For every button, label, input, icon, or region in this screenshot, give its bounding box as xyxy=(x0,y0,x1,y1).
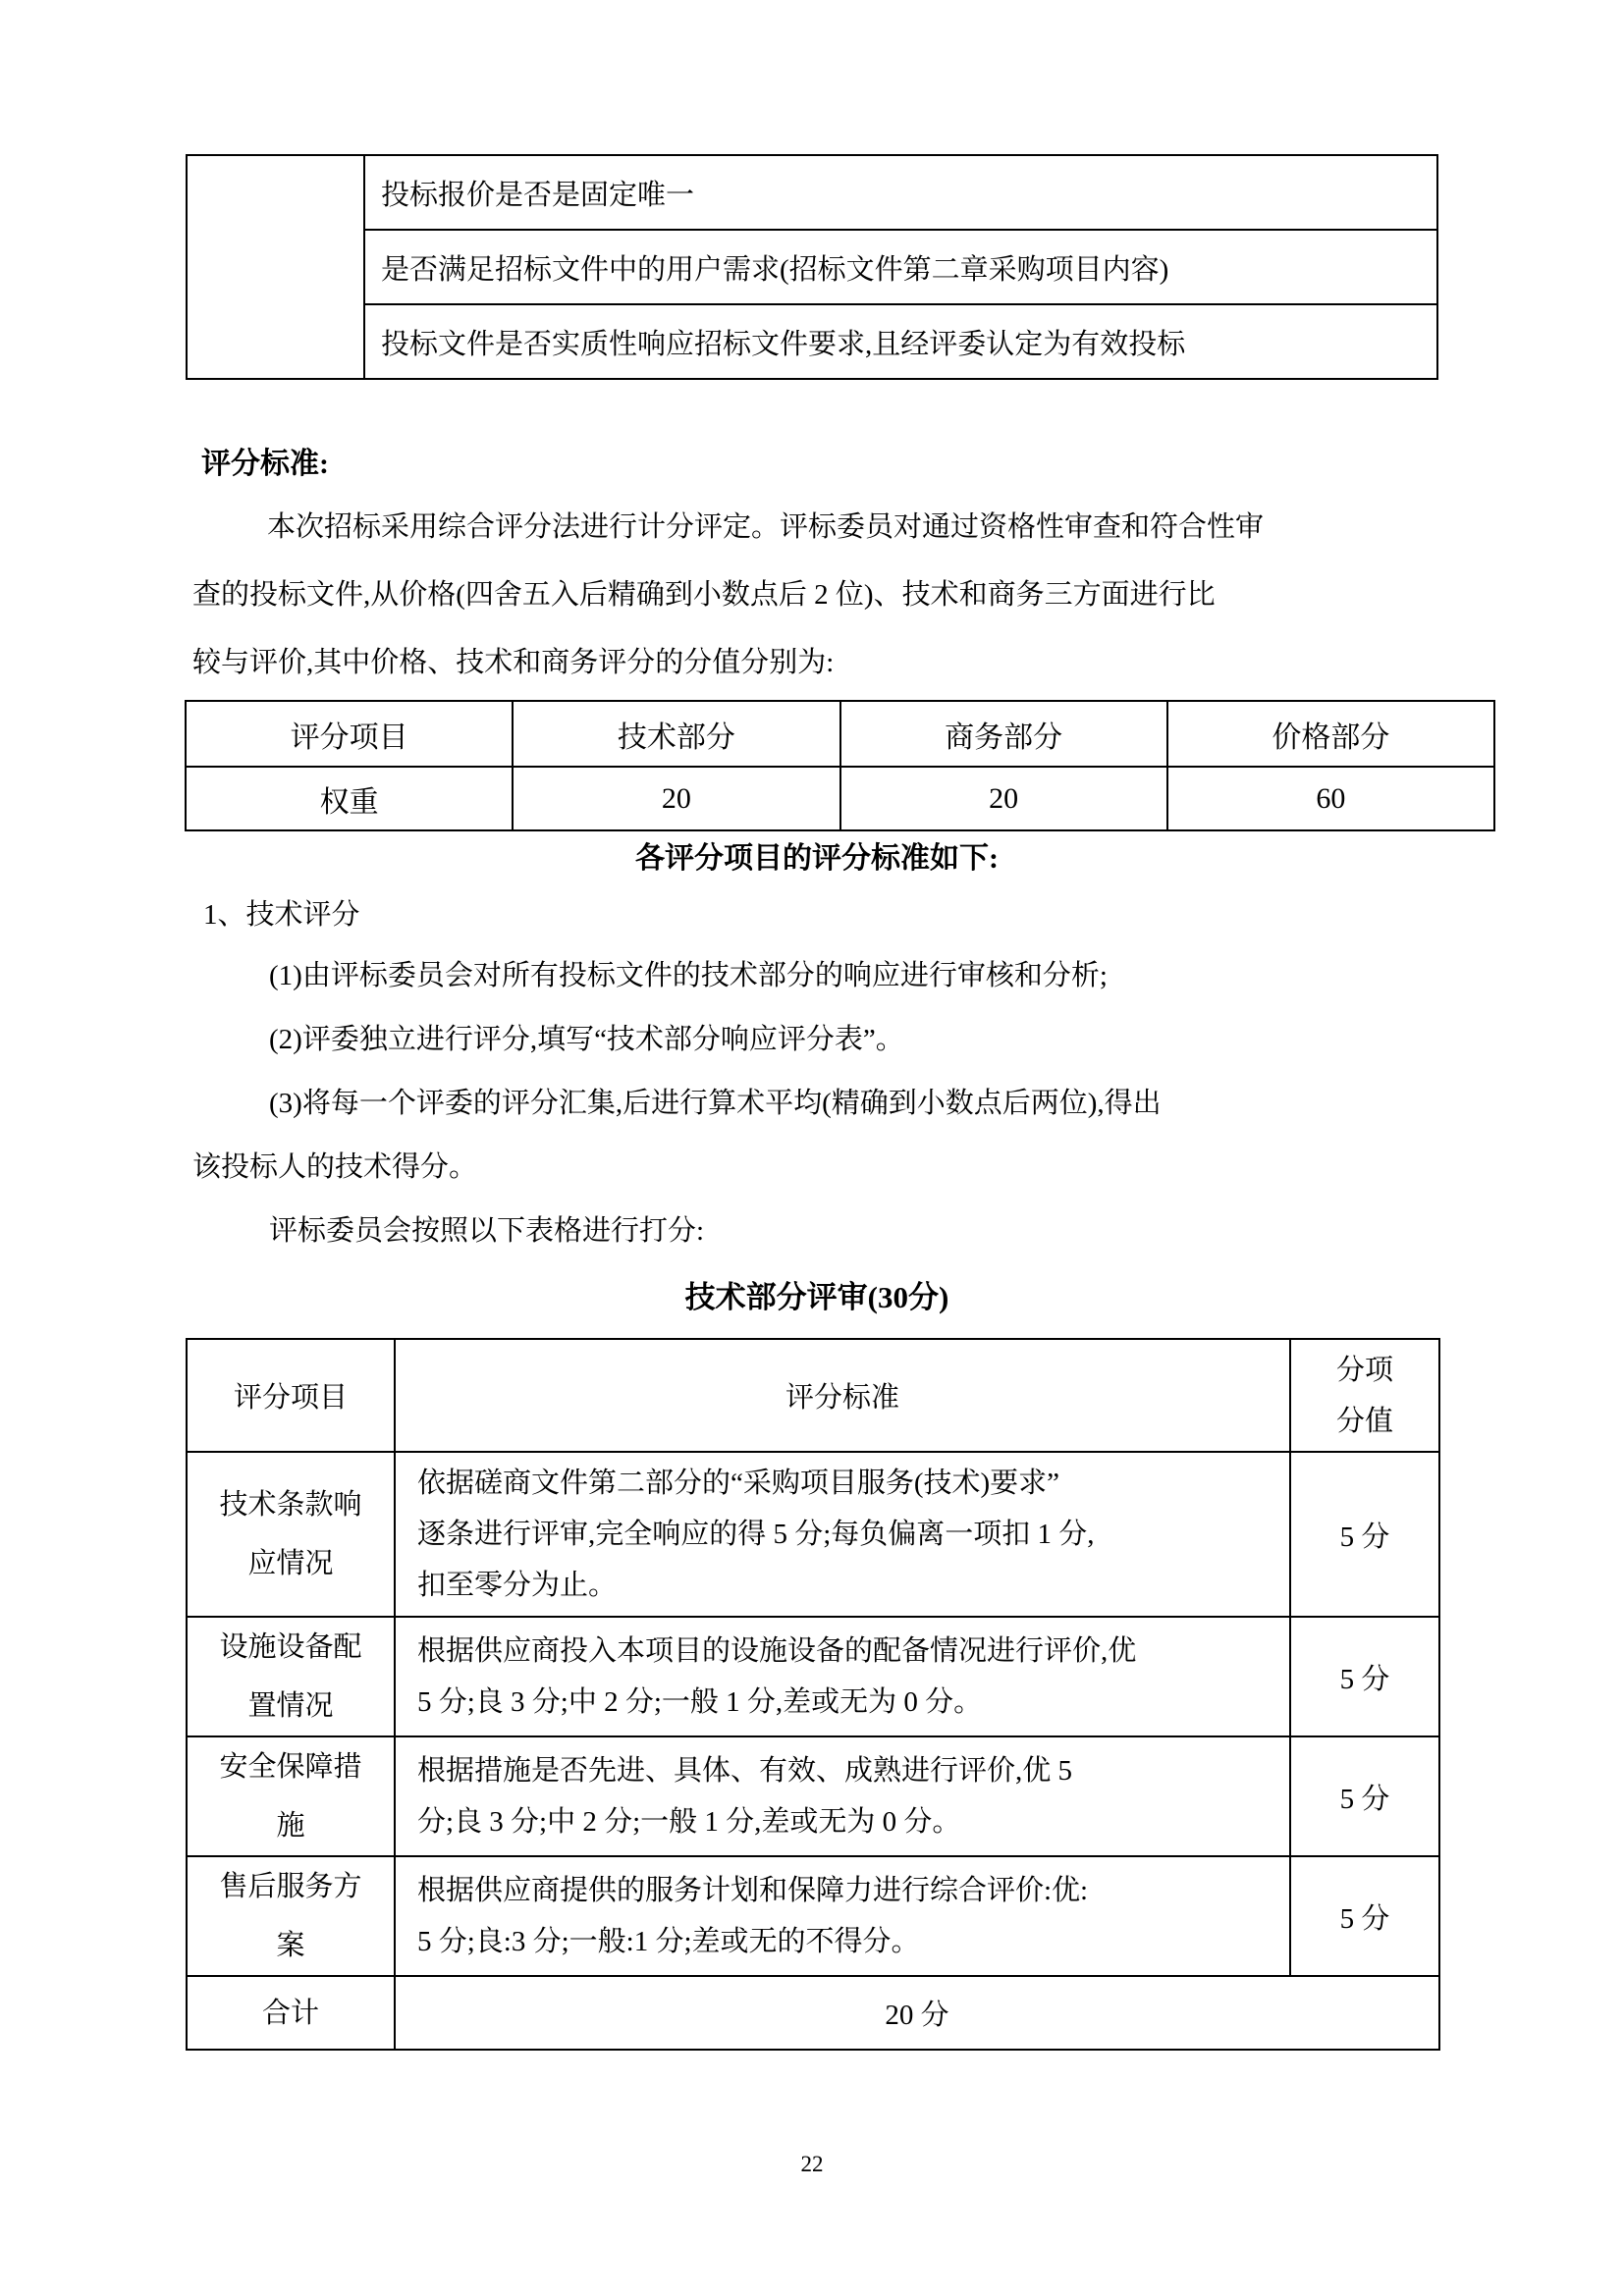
row-criteria: 依据磋商文件第二部分的“采购项目服务(技术)要求” 逐条进行评审,完全响应的得 … xyxy=(395,1452,1290,1617)
weight-row-label: 权重 xyxy=(186,767,513,830)
row-score: 5 分 xyxy=(1290,1736,1439,1856)
scoring-criteria-heading: 评分标准: xyxy=(201,442,329,486)
row-score: 5 分 xyxy=(1290,1617,1439,1736)
eligibility-row-text: 投标报价是否是固定唯一 xyxy=(364,155,1437,230)
weight-price-value: 60 xyxy=(1167,767,1494,830)
weight-header-business: 商务部分 xyxy=(840,701,1167,767)
row-criteria: 根据供应商提供的服务计划和保障力进行综合评价:优: 5 分;良:3 分;一般:1… xyxy=(395,1856,1290,1976)
eligibility-empty-cell xyxy=(187,155,364,379)
tech-table-title: 技术部分评审(30分) xyxy=(192,1276,1441,1319)
list-item: (1)由评标委员会对所有投标文件的技术部分的响应进行审核和分析; xyxy=(192,944,1441,1008)
list-item: (3)将每一个评委的评分汇集,后进行算术平均(精确到小数点后两位),得出 该投标… xyxy=(192,1072,1441,1200)
table-total-row: 合计 20 分 xyxy=(187,1976,1439,2050)
section-title: 各评分项目的评分标准如下: xyxy=(192,836,1441,881)
table-row: 售后服务方案 根据供应商提供的服务计划和保障力进行综合评价:优: 5 分;良:3… xyxy=(187,1856,1439,1976)
weight-header-tech: 技术部分 xyxy=(513,701,839,767)
page-number: 22 xyxy=(0,2152,1624,2177)
table-row: 设施设备配置情况 根据供应商投入本项目的设施设备的配备情况进行评价,优 5 分;… xyxy=(187,1617,1439,1736)
tech-scoring-list: (1)由评标委员会对所有投标文件的技术部分的响应进行审核和分析; (2)评委独立… xyxy=(192,944,1441,1263)
eligibility-row-text: 投标文件是否实质性响应招标文件要求,且经评委认定为有效投标 xyxy=(364,304,1437,379)
tech-header-score: 分项 分值 xyxy=(1290,1339,1439,1452)
table-row: 投标报价是否是固定唯一 xyxy=(187,155,1437,230)
list-item: 评标委员会按照以下表格进行打分: xyxy=(192,1200,1441,1263)
tech-header-item: 评分项目 xyxy=(187,1339,395,1452)
weight-header-price: 价格部分 xyxy=(1167,701,1494,767)
table-row: 是否满足招标文件中的用户需求(招标文件第二章采购项目内容) xyxy=(187,230,1437,304)
row-criteria: 根据供应商投入本项目的设施设备的配备情况进行评价,优 5 分;良 3 分;中 2… xyxy=(395,1617,1290,1736)
tech-scoring-table: 评分项目 评分标准 分项 分值 技术条款响应情况 依据磋商文件第二部分的“采购项… xyxy=(186,1338,1440,2051)
list-item: (2)评委独立进行评分,填写“技术部分响应评分表”。 xyxy=(192,1008,1441,1072)
table-header-row: 评分项目 评分标准 分项 分值 xyxy=(187,1339,1439,1452)
row-label: 设施设备配置情况 xyxy=(187,1617,395,1736)
tech-scoring-heading: 1、技术评分 xyxy=(203,893,360,937)
row-label: 安全保障措施 xyxy=(187,1736,395,1856)
scoring-intro-paragraph: 本次招标采用综合评分法进行计分评定。评标委员对通过资格性审查和符合性审 查的投标… xyxy=(192,494,1441,697)
weight-business-value: 20 xyxy=(840,767,1167,830)
eligibility-row-text: 是否满足招标文件中的用户需求(招标文件第二章采购项目内容) xyxy=(364,230,1437,304)
table-row: 安全保障措施 根据措施是否先进、具体、有效、成熟进行评价,优 5 分;良 3 分… xyxy=(187,1736,1439,1856)
row-label: 售后服务方案 xyxy=(187,1856,395,1976)
weight-tech-value: 20 xyxy=(513,767,839,830)
document-page: 投标报价是否是固定唯一 是否满足招标文件中的用户需求(招标文件第二章采购项目内容… xyxy=(0,0,1624,2296)
row-criteria: 根据措施是否先进、具体、有效、成熟进行评价,优 5 分;良 3 分;中 2 分;… xyxy=(395,1736,1290,1856)
row-label: 技术条款响应情况 xyxy=(187,1452,395,1617)
table-row: 投标文件是否实质性响应招标文件要求,且经评委认定为有效投标 xyxy=(187,304,1437,379)
table-row: 权重 20 20 60 xyxy=(186,767,1494,830)
weight-table: 评分项目 技术部分 商务部分 价格部分 权重 20 20 60 xyxy=(185,700,1495,831)
total-label: 合计 xyxy=(187,1976,395,2050)
tech-header-criteria: 评分标准 xyxy=(395,1339,1290,1452)
row-score: 5 分 xyxy=(1290,1856,1439,1976)
table-row: 技术条款响应情况 依据磋商文件第二部分的“采购项目服务(技术)要求” 逐条进行评… xyxy=(187,1452,1439,1617)
weight-header-item: 评分项目 xyxy=(186,701,513,767)
total-value: 20 分 xyxy=(395,1976,1439,2050)
eligibility-table: 投标报价是否是固定唯一 是否满足招标文件中的用户需求(招标文件第二章采购项目内容… xyxy=(186,154,1438,380)
row-score: 5 分 xyxy=(1290,1452,1439,1617)
table-row: 评分项目 技术部分 商务部分 价格部分 xyxy=(186,701,1494,767)
